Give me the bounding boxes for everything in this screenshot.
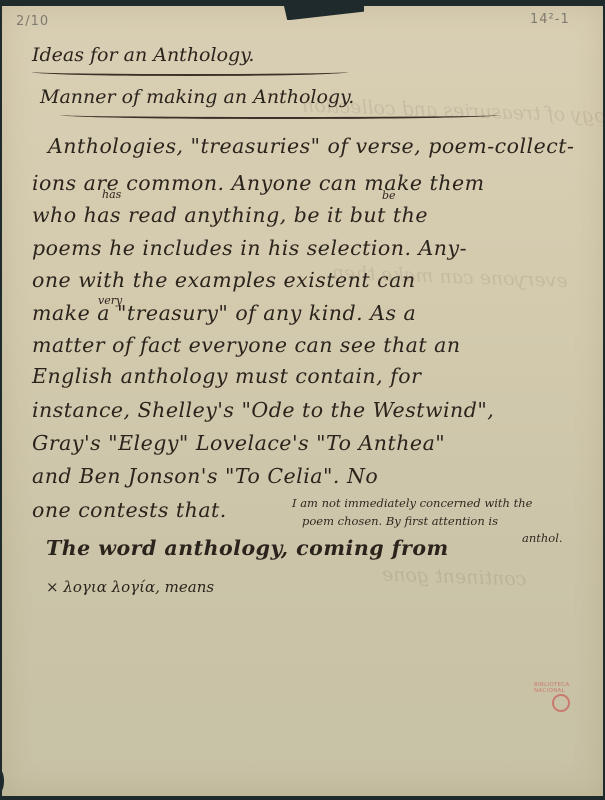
library-stamp: BIBLIOTECA NACIONAL xyxy=(534,682,586,718)
body-line: one with the examples existent can xyxy=(32,268,416,292)
folio-number-right: 14²-1 xyxy=(530,12,570,27)
marginal-note-line: poem chosen. By first attention is xyxy=(302,514,498,528)
marginal-note-line: anthol. xyxy=(522,531,563,545)
heading-underline xyxy=(60,111,500,119)
body-line: make a "treasury" of any kind. As a xyxy=(32,301,416,325)
body-line: matter of fact everyone can see that an xyxy=(32,333,461,357)
stamp-text: BIBLIOTECA NACIONAL xyxy=(534,682,586,694)
body-line: who has read anything, be it but the xyxy=(32,203,428,227)
bleed-through-text: continent gone xyxy=(382,563,527,590)
body-line: Anthologies, "treasuries" of verse, poem… xyxy=(48,134,574,158)
heading-underline xyxy=(32,68,348,76)
manuscript-page: Anthology of treasuries and collection e… xyxy=(2,6,603,796)
insertion-be: be xyxy=(382,189,396,202)
body-line: Gray's "Elegy" Lovelace's "To Anthea" xyxy=(32,431,445,455)
heading-manner: Manner of making an Anthology. xyxy=(40,86,354,108)
insertion-has: has xyxy=(102,188,121,201)
body-line: ions are common. Anyone can make them xyxy=(32,171,485,195)
marginal-note-line: I am not immediately concerned with the xyxy=(292,496,532,510)
body-line: one contests that. xyxy=(32,498,227,522)
body-line: instance, Shelley's "Ode to the Westwind… xyxy=(32,398,494,422)
body-line: The word anthology, coming from xyxy=(46,536,449,560)
torn-edge xyxy=(284,6,364,20)
body-line: poems he includes in his selection. Any- xyxy=(32,236,467,260)
heading-ideas: Ideas for an Anthology. xyxy=(32,44,254,66)
body-line: and Ben Jonson's "To Celia". No xyxy=(32,464,378,488)
body-line: English anthology must contain, for xyxy=(32,364,421,388)
stamp-seal-icon xyxy=(552,694,570,712)
folio-number-left: 2/10 xyxy=(16,14,49,29)
body-line-greek: × λογια λογία, means xyxy=(46,578,214,596)
